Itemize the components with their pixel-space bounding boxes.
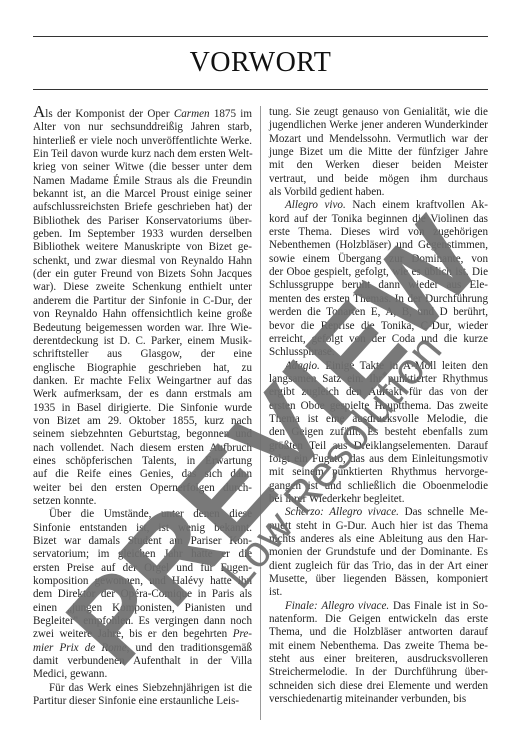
text-line: Bedeutung beigemessen worden war. Ihre W… (33, 322, 252, 335)
text-line: den Geigen zufällt. Es besteht ebenfalls… (269, 426, 488, 439)
text-line: Werk aufmerksam, der es dann erstmals am (33, 388, 252, 401)
text-line: Alter von nur sechsunddreißig Jahren sta… (33, 121, 252, 134)
text-line: sowie einem Übergang zur Dominante, von (269, 253, 488, 266)
italic-text: Finale: Allegro vivace. (285, 600, 389, 612)
document-page: VORWORT Als der Komponist der Oper Carme… (0, 0, 530, 750)
text-line: Scherzo: Allegro vivace. Das schnelle Me… (269, 506, 488, 519)
text-line: Musette, über liegenden Bässen, komponie… (269, 573, 488, 586)
text-line: erreicht, gefolgt von der Coda und die k… (269, 333, 488, 346)
text-line: tung. Sie zeugt genauso von Genialität, … (269, 106, 488, 119)
text-line: englische Biographie geschrieben hat, zu (33, 362, 252, 375)
text-line: hinterließ er viele noch unveröffentlich… (33, 135, 252, 148)
text-line: Mozart und Mendelssohn. Vermutlich war d… (269, 133, 488, 146)
text-line: folgt ein Fugato, das aus dem Einleitung… (269, 453, 488, 466)
text-line: erste Thema. Dieses wird von zugehörigen (269, 226, 488, 239)
text-line: von Bizet am 29. Oktober 1855, kurz nach (33, 415, 252, 428)
text-line: Als der Komponist der Oper Carmen 1875 i… (33, 106, 252, 121)
text-line: komposition gewonnen, und Halévy hatte i… (33, 575, 252, 588)
text-line: aufschlussreichsten Briefe geschrieben h… (33, 201, 252, 214)
italic-text: Carmen (174, 108, 210, 120)
text-line: anderem die Partitur der Sinfonie in C-D… (33, 295, 252, 308)
text-line: werden die Tonarten E, A, B, und D berüh… (269, 306, 488, 319)
text-line: mier Prix de Rome, und den traditionsgem… (33, 642, 252, 655)
text-line: Schlussgruppe beruht dann wieder aus Ele… (269, 279, 488, 292)
text-line: Medici, gewann. (33, 668, 252, 681)
text-line: ist. (269, 586, 488, 599)
text-line: mit einem Nebenthema. Das zweite Thema b… (269, 640, 488, 653)
text-line: Streichermelodie. In der Durchführung üb… (269, 666, 488, 679)
text-line: nichts anderes als eine Ableitung aus de… (269, 533, 488, 546)
drop-cap: A (33, 102, 45, 121)
text-line: nuett steht in G-Dur. Auch hier ist das … (269, 520, 488, 533)
text-line: mit den Werken dieser beiden Meister (269, 159, 488, 172)
page-title: VORWORT (33, 47, 488, 79)
text-line: bekannt ist, an die Marcel Proust einige… (33, 188, 252, 201)
text-line: Nebenthemen (Holzbläser) und Gegenstimme… (269, 239, 488, 252)
text-line: Allegro vivo. Nach einem kraftvollen Ak- (269, 199, 488, 212)
italic-text: Pre- (233, 628, 252, 640)
italic-text: Scherzo: Allegro vivace. (285, 506, 399, 518)
text-line: Über die Umstände, unter denen diese (33, 508, 252, 521)
text-line: als Vorbild gedient haben. (269, 186, 488, 199)
text-line: Ein Teil davon wurde kurz nach dem erste… (33, 148, 252, 161)
text-line: einen „jungen Komponisten, Pianisten und (33, 602, 252, 615)
text-line: 1935 in Basel dirigierte. Die Sinfonie w… (33, 402, 252, 415)
text-line: damit verbundenen Aufenthalt in der Vill… (33, 655, 252, 668)
text-line: größten Teil aus Dreiklangselementen. Da… (269, 440, 488, 453)
text-line: kord auf der Tonika beginnen die Violine… (269, 213, 488, 226)
text-line: der Oboe gespielt, gefolgt, wie es üblic… (269, 266, 488, 279)
text-line: Thema ist eine ausdrucksvolle Melodie, d… (269, 413, 488, 426)
text-line: Bibliothek weitere Manuskripte von Bizet… (33, 241, 252, 254)
italic-text: Adagio. (285, 360, 320, 372)
text-line: menten des ersten Themas. In der Durchfü… (269, 293, 488, 306)
text-line: Bizet war damals Student am Pariser Kon- (33, 535, 252, 548)
text-line: eines schöpferischen Talents, in Erwartu… (33, 455, 252, 468)
top-rule (33, 36, 488, 37)
text-line: krieg von seiner Witwe (die besser unter… (33, 161, 252, 174)
text-line: weiter bei den ersten Opernerfolgen durc… (33, 482, 252, 495)
text-line: bevor die Reprise die Tonika, C-Dur, wie… (269, 320, 488, 333)
text-line: mit seinem punktierten Rhythmus hervorge… (269, 466, 488, 479)
text-line: seinem siebzehnten Geburtstag, begonnen … (33, 428, 252, 441)
left-column: Als der Komponist der Oper Carmen 1875 i… (33, 106, 252, 708)
text-line: jugendlichen Werke jener anderen Wunderk… (269, 119, 488, 132)
text-line: monien der Grundstufe und der Dominante.… (269, 546, 488, 559)
text-line: (der ein guter Freund von Bizets Sohn Ja… (33, 268, 252, 281)
text-line: verschiedenartig miteinander verbunden, … (269, 693, 488, 706)
text-line: ersten Preise auf der Orgel und für Fuge… (33, 562, 252, 575)
text-line: Adagio. Einige Takte in A-Moll leiten de… (269, 360, 488, 373)
text-line: bei ihrer Wiederkehr begleitet. (269, 493, 488, 506)
text-line: von Reynaldo Hahn offensichtlich keine g… (33, 308, 252, 321)
column-divider (260, 106, 261, 720)
text-line: schneiden sich diese drei Elemente und w… (269, 680, 488, 693)
text-line: Für das Werk eines Siebzehnjährigen ist … (33, 682, 252, 695)
italic-text: Allegro vivo. (285, 199, 346, 211)
text-line: geben. Im September 1933 wurden derselbe… (33, 228, 252, 241)
text-line: Schlussphrase. (269, 346, 488, 359)
text-line: steht aus einer breiteren, ausdrucksvoll… (269, 653, 488, 666)
text-line: dem Direktor der Opéra-Comique in Paris … (33, 588, 252, 601)
title-bottom-rule (33, 89, 488, 90)
text-line: Bibliothek des Pariser Konservatoriums ü… (33, 215, 252, 228)
text-line: Namen Madame Émile Straus als die Freund… (33, 175, 252, 188)
text-line: vertraut, und beide mögen ihm durchaus (269, 173, 488, 186)
text-line: zwei weitere Jahre, bis er den begehrten… (33, 628, 252, 641)
right-column: tung. Sie zeugt genauso von Genialität, … (269, 106, 488, 706)
text-line: servatorium; im gleichen Jahr hatte er d… (33, 548, 252, 561)
text-line: setzen konnte. (33, 495, 252, 508)
text-line: ersten Oboe gespielte Hauptthema. Das zw… (269, 400, 488, 413)
text-line: gangen ist und schließlich die Oboenmelo… (269, 480, 488, 493)
text-line: nach vollendet. Nach diesem ersten Aufbr… (33, 442, 252, 455)
text-line: junge Bizet um die Mitte der fünfziger J… (269, 146, 488, 159)
text-line: dient zugleich für das Trio, das in der … (269, 560, 488, 573)
text-line: danken. Er machte Felix Weingartner auf … (33, 375, 252, 388)
text-line: derentdeckung ist D. C. Parker, einem Mu… (33, 335, 252, 348)
text-line: Finale: Allegro vivace. Das Finale ist i… (269, 600, 488, 613)
italic-text: mier Prix de Rome (33, 642, 127, 654)
text-line: Thema, und die Holzbläser antworten dara… (269, 626, 488, 639)
text-line: auf die Reife eines Genies, das sich dan… (33, 468, 252, 481)
text-line: natenform. Die Geigen entwickeln das ers… (269, 613, 488, 626)
text-line: langsamen Satz ein. Ihr punktierter Rhyt… (269, 373, 488, 386)
text-line: Begleiter" empfohlen. Es vergingen dann … (33, 615, 252, 628)
text-line: Partitur dieser Sinfonie eine erstaunlic… (33, 695, 252, 708)
text-line: Sinfonie entstanden ist, ist wenig bekan… (33, 522, 252, 535)
text-line: schenkt, und zwar diesmal von Reynaldo H… (33, 255, 252, 268)
text-line: war). Diese zweite Schenkung enthielt un… (33, 281, 252, 294)
text-line: schriftsteller aus Glasgow, der eine (33, 348, 252, 361)
text-line: ergibt zugleich den Auftakt für das von … (269, 386, 488, 399)
